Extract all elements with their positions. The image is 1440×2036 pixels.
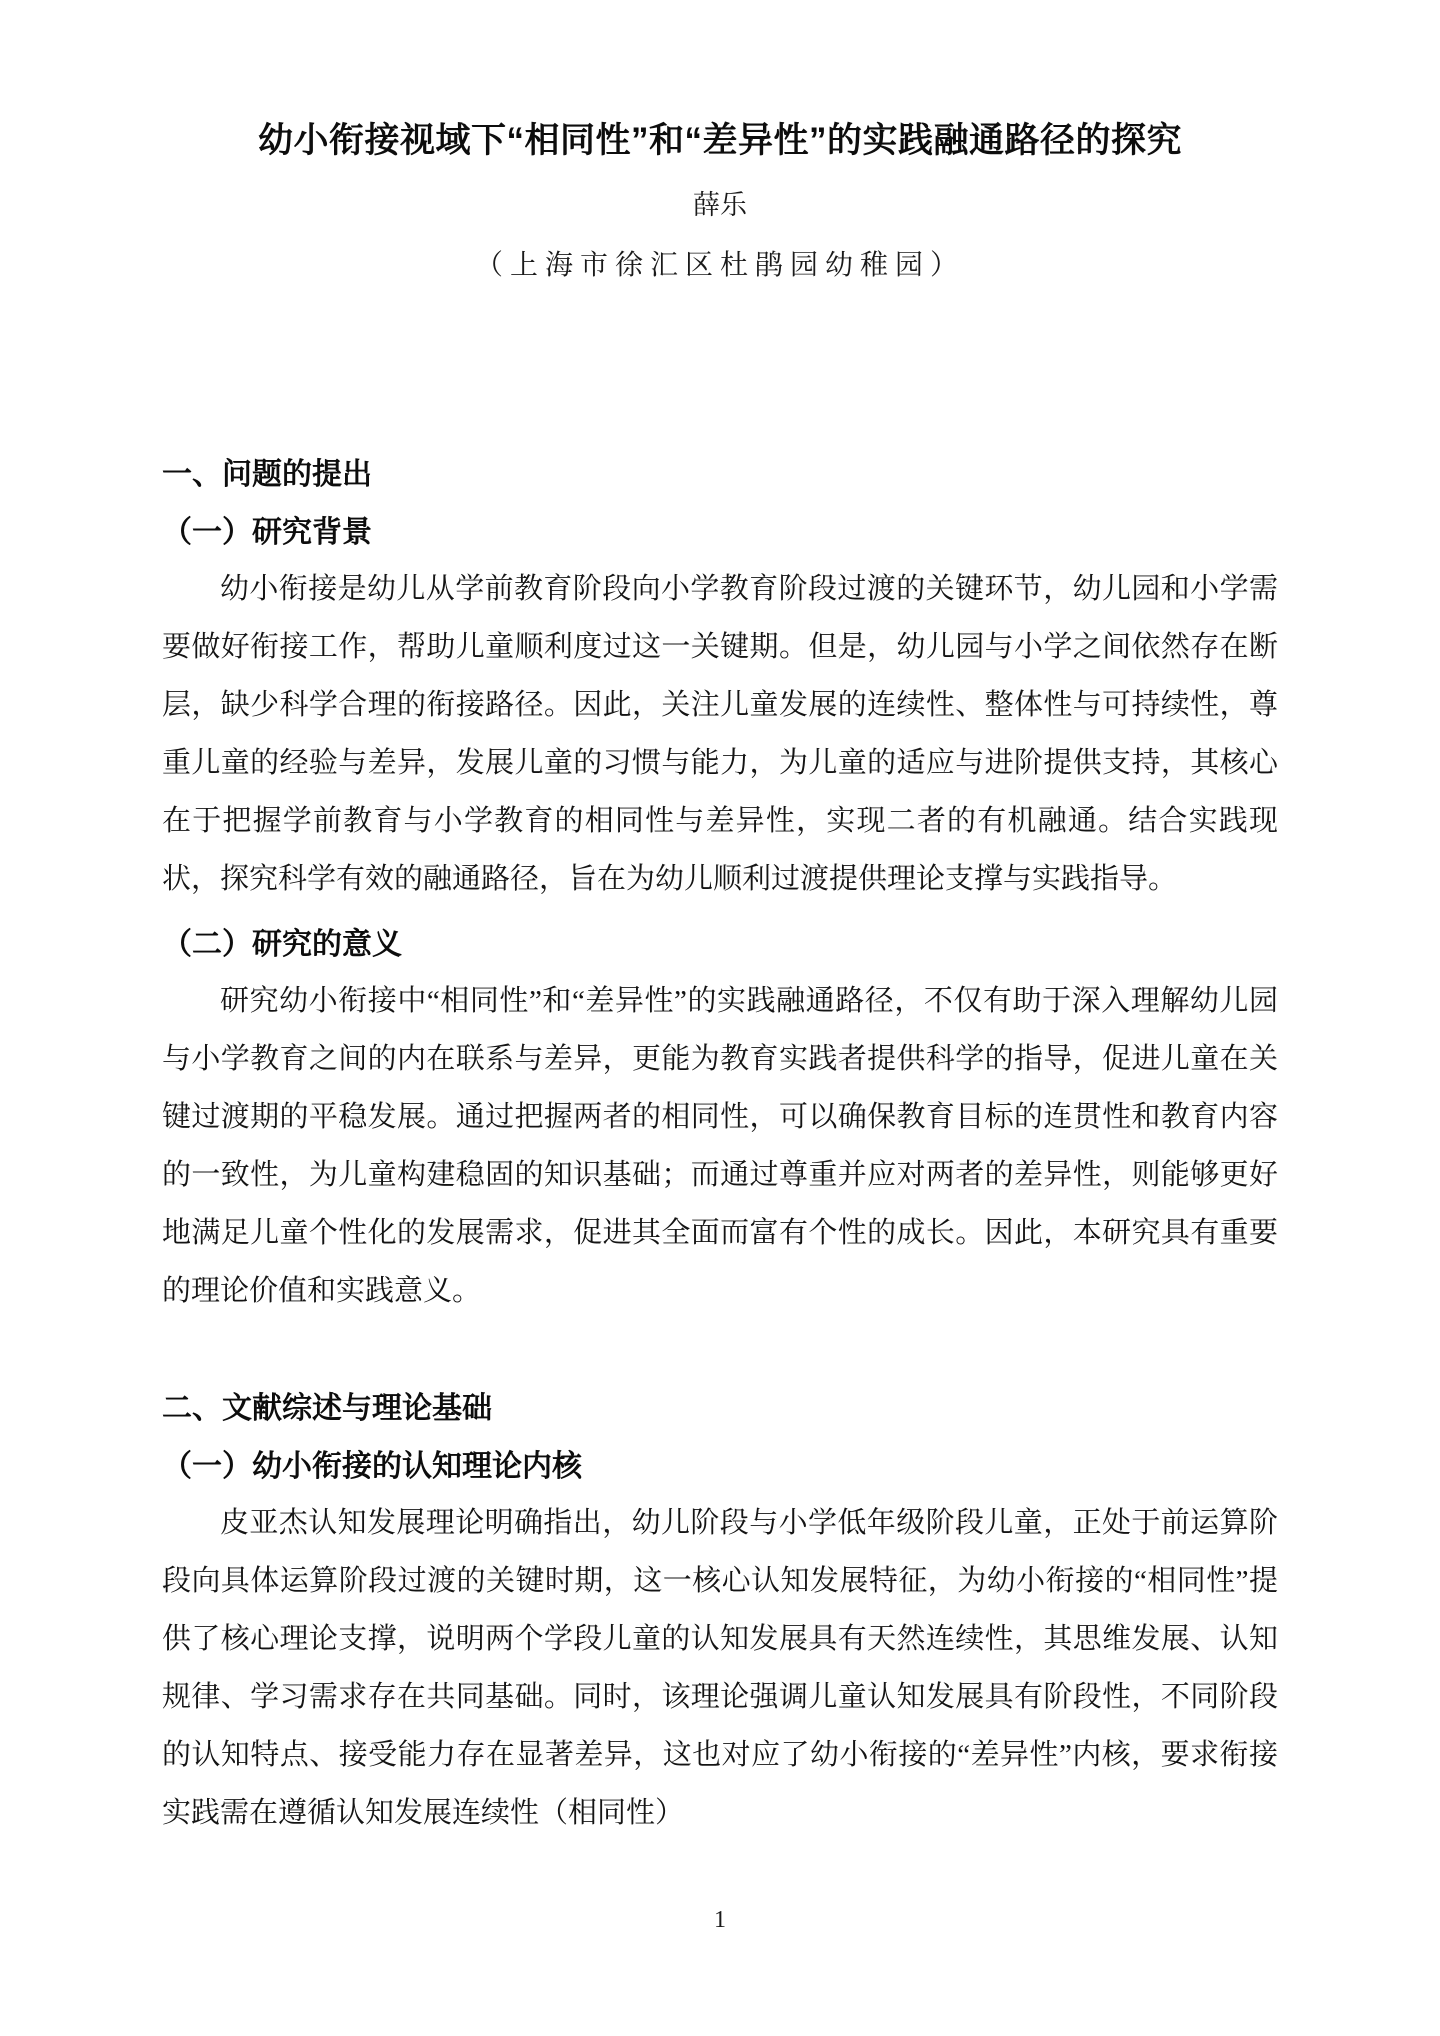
section-1-2-paragraph: 研究幼小衔接中“相同性”和“差异性”的实践融通路径，不仅有助于深入理解幼儿园与小…: [162, 972, 1278, 1320]
paper-affiliation: （上海市徐汇区杜鹃园幼稚园）: [162, 244, 1278, 288]
section-1-heading: 一、问题的提出: [162, 454, 1278, 496]
section-2-1-paragraph: 皮亚杰认知发展理论明确指出，幼儿阶段与小学低年级阶段儿童，正处于前运算阶段向具体…: [162, 1494, 1278, 1842]
page-number: 1: [0, 1907, 1440, 1934]
section-1-1-paragraph: 幼小衔接是幼儿从学前教育阶段向小学教育阶段过渡的关键环节，幼儿园和小学需要做好衔…: [162, 560, 1278, 908]
section-1-2-subheading: （二）研究的意义: [162, 924, 1278, 966]
section-2-heading: 二、文献综述与理论基础: [162, 1388, 1278, 1430]
paper-title: 幼小衔接视域下“相同性”和“差异性”的实践融通路径的探究: [162, 116, 1278, 166]
section-2-1-subheading: （一）幼小衔接的认知理论内核: [162, 1446, 1278, 1488]
section-1-1-subheading: （一）研究背景: [162, 512, 1278, 554]
paper-author: 薛乐: [162, 186, 1278, 224]
document-page: 幼小衔接视域下“相同性”和“差异性”的实践融通路径的探究 薛乐 （上海市徐汇区杜…: [0, 0, 1440, 2036]
document-content: 幼小衔接视域下“相同性”和“差异性”的实践融通路径的探究 薛乐 （上海市徐汇区杜…: [0, 0, 1440, 1842]
